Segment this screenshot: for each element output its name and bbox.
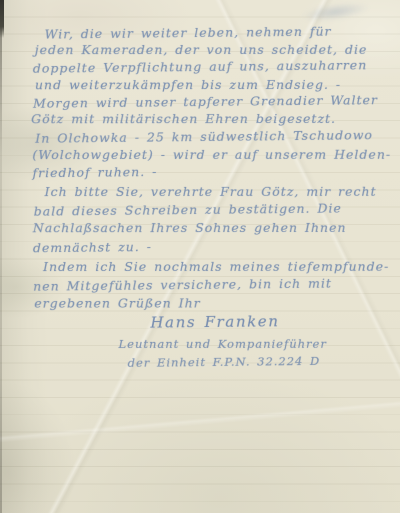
signature-role: Leutnant und Kompanieführer [119, 337, 327, 351]
letter-line: demnächst zu. - [33, 239, 152, 255]
letter-line: jeden Kameraden, der von uns scheidet, d… [35, 42, 368, 57]
letter-line: doppelte Verpflichtung auf uns, auszuhar… [33, 57, 368, 76]
letter-line: Morgen wird unser tapferer Grenadier Wal… [33, 92, 378, 111]
letter-line: Nachlaßsachen Ihres Sohnes gehen Ihnen [33, 220, 347, 235]
letter-line: In Olchowka - 25 km südwestlich Tschudow… [35, 127, 373, 146]
letter-line: Götz mit militärischen Ehren beigesetzt. [31, 111, 336, 126]
letter-line: Wir, die wir weiter leben, nehmen für [45, 24, 332, 42]
letter-line: und weiterzukämpfen bis zum Endsieg. - [35, 77, 341, 92]
letter-line: (Wolchowgebiet) - wird er auf unserem He… [32, 147, 391, 162]
letter-line: nen Mitgefühles versichere, bin ich mit [33, 276, 332, 294]
letter-body: Wir, die wir weiter leben, nehmen für je… [0, 0, 400, 513]
letter-line: ergebenen Grüßen Ihr [34, 295, 200, 310]
letter-line: friedhof ruhen. - [32, 164, 157, 180]
letter-scan-page: Wir, die wir weiter leben, nehmen für je… [0, 0, 400, 513]
signature-unit: der Einheit F.P.N. 32.224 D [128, 354, 321, 370]
signature-name: Hans Franken [150, 312, 279, 331]
letter-line: Ich bitte Sie, verehrte Frau Götz, mir r… [45, 184, 377, 199]
letter-line: Indem ich Sie nochmals meines tiefempfun… [43, 259, 389, 274]
letter-line: bald dieses Schreiben zu bestätigen. Die [34, 200, 342, 218]
